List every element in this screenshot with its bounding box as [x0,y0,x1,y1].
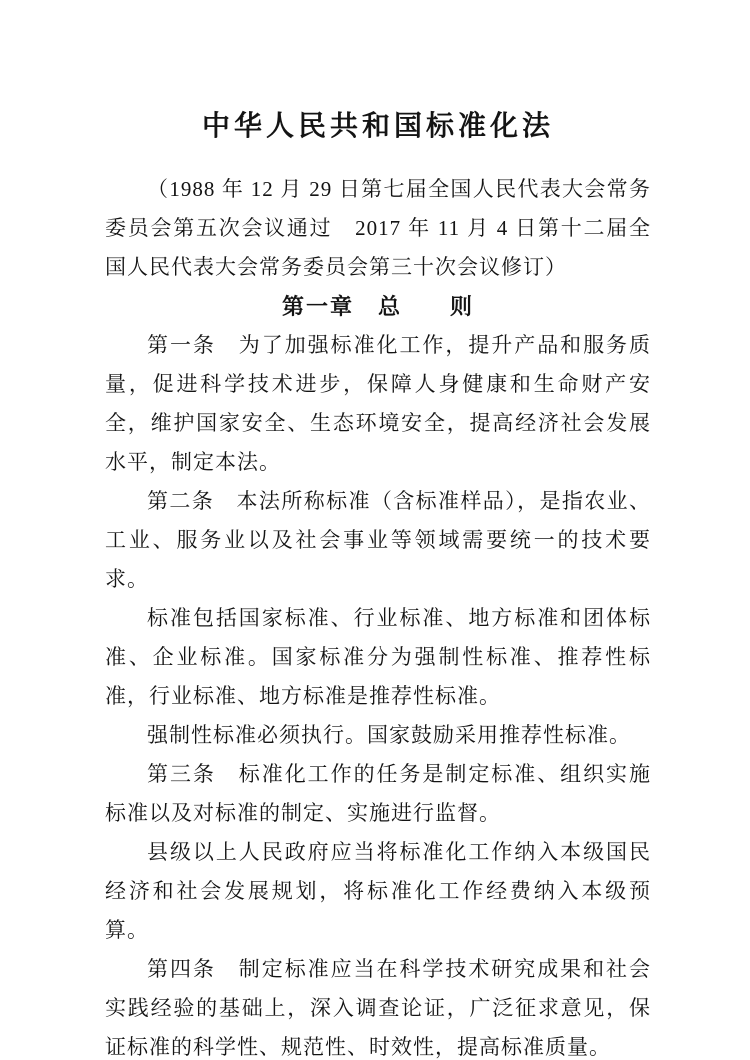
paragraph-article-3: 第三条 标准化工作的任务是制定标准、组织实施标准以及对标准的制定、实施进行监督。 [105,755,651,833]
paragraph-article-2-clause-3: 强制性标准必须执行。国家鼓励采用推荐性标准。 [105,716,651,755]
paragraph-article-2: 第二条 本法所称标准（含标准样品），是指农业、工业、服务业以及社会事业等领域需要… [105,482,651,599]
paragraph-article-3-clause-2: 县级以上人民政府应当将标准化工作纳入本级国民经济和社会发展规划，将标准化工作经费… [105,833,651,950]
enactment-note: （1988 年 12 月 29 日第七届全国人民代表大会常务委员会第五次会议通过… [105,170,651,287]
chapter-heading: 第一章 总 则 [105,287,651,326]
document-page: 中华人民共和国标准化法 （1988 年 12 月 29 日第七届全国人民代表大会… [0,0,750,1060]
paragraph-article-1: 第一条 为了加强标准化工作，提升产品和服务质量，促进科学技术进步，保障人身健康和… [105,326,651,482]
paragraph-article-4: 第四条 制定标准应当在科学技术研究成果和社会实践经验的基础上，深入调查论证，广泛… [105,950,651,1060]
document-content: 中华人民共和国标准化法 （1988 年 12 月 29 日第七届全国人民代表大会… [105,100,651,1060]
paragraph-article-2-clause-2: 标准包括国家标准、行业标准、地方标准和团体标准、企业标准。国家标准分为强制性标准… [105,599,651,716]
document-title: 中华人民共和国标准化法 [105,106,651,148]
